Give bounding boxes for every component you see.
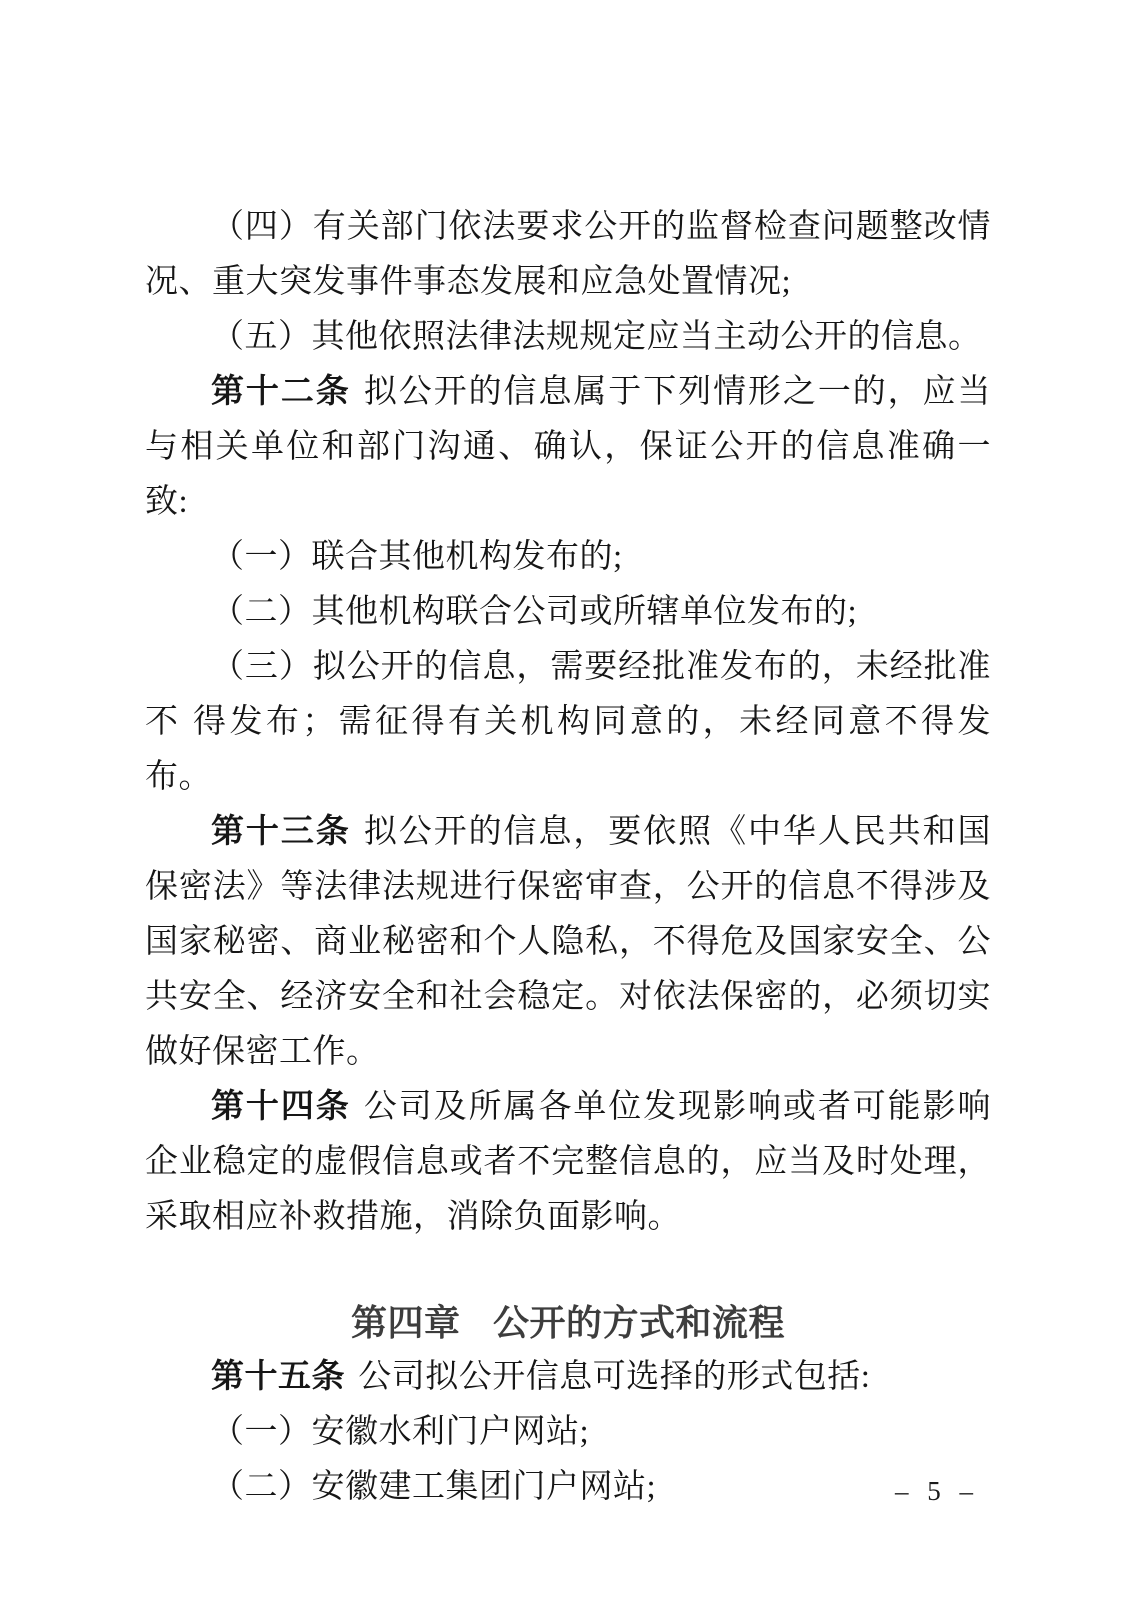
article-number: 第十三条 xyxy=(211,814,351,850)
paragraph-article-12: 第十二条拟公开的信息属于下列情形之一的，应当与相关单位和部门沟通、确认，保证公开… xyxy=(145,365,991,530)
article-number: 第十四条 xyxy=(211,1089,351,1125)
paragraph-item-3: （三）拟公开的信息，需要经批准发布的，未经批准不 得发布；需征得有关机构同意的，… xyxy=(145,640,991,805)
article-number: 第十二条 xyxy=(211,374,351,410)
chapter-number: 第四章 xyxy=(351,1302,461,1343)
document-page: （四）有关部门依法要求公开的监督检查问题整改情况、重大突发事件事态发展和应急处置… xyxy=(0,0,1131,1600)
paragraph-item-4: （四）有关部门依法要求公开的监督检查问题整改情况、重大突发事件事态发展和应急处置… xyxy=(145,200,991,310)
paragraph-item-2: （二）其他机构联合公司或所辖单位发布的; xyxy=(145,585,991,640)
document-body: （四）有关部门依法要求公开的监督检查问题整改情况、重大突发事件事态发展和应急处置… xyxy=(145,200,991,1515)
paragraph-item-2: （二）安徽建工集团门户网站; xyxy=(145,1460,991,1515)
paragraph-article-14: 第十四条公司及所属各单位发现影响或者可能影响企业稳定的虚假信息或者不完整信息的，… xyxy=(145,1080,991,1245)
article-text: 公司拟公开信息可选择的形式包括: xyxy=(358,1359,870,1395)
paragraph-article-15: 第十五条公司拟公开信息可选择的形式包括: xyxy=(145,1350,991,1405)
paragraph-item-1: （一）联合其他机构发布的; xyxy=(145,530,991,585)
chapter-heading: 第四章公开的方式和流程 xyxy=(145,1295,991,1350)
paragraph-article-13: 第十三条拟公开的信息，要依照《中华人民共和国保密法》等法律法规进行保密审查，公开… xyxy=(145,805,991,1080)
chapter-title: 公开的方式和流程 xyxy=(493,1302,785,1343)
article-text: 拟公开的信息，要依照《中华人民共和国保密法》等法律法规进行保密审查，公开的信息不… xyxy=(145,814,991,1070)
article-number: 第十五条 xyxy=(211,1359,345,1395)
paragraph-item-5: （五）其他依照法律法规规定应当主动公开的信息。 xyxy=(145,310,991,365)
paragraph-item-1: （一）安徽水利门户网站; xyxy=(145,1405,991,1460)
page-number: – 5 – xyxy=(895,1475,979,1507)
